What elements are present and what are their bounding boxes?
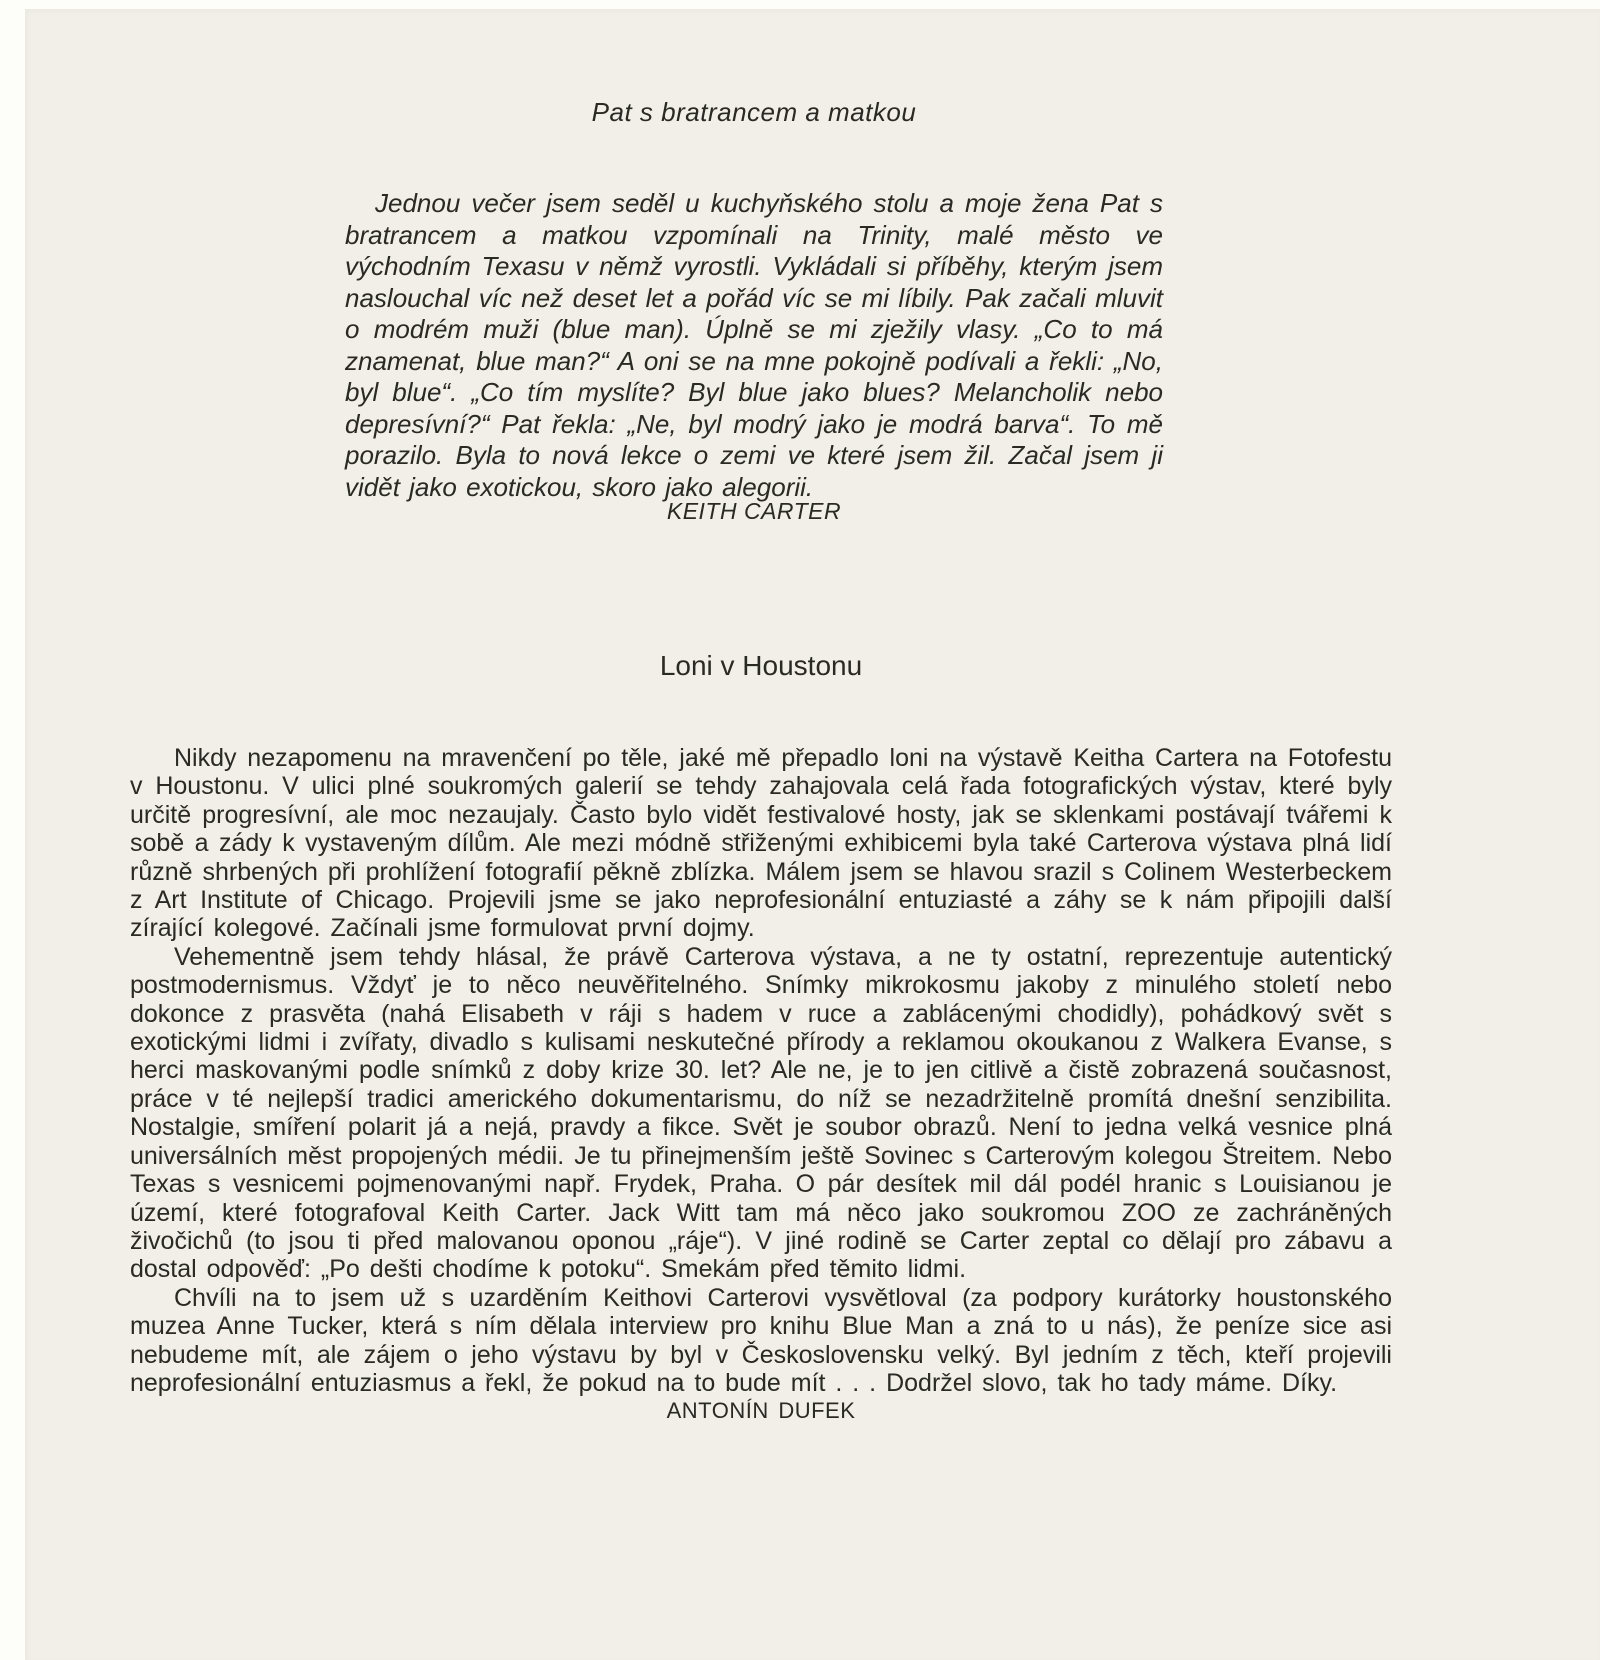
scanned-page: Pat s bratrancem a matkou Jednou večer j… — [0, 0, 1600, 1660]
body-text-block: Nikdy nezapomenu na mravenčení po těle, … — [130, 744, 1392, 1426]
pull-quote-text: Jednou večer jsem seděl u kuchyňského st… — [345, 188, 1163, 503]
body-paragraph-2: Vehementně jsem tehdy hlásal, že právě C… — [130, 943, 1392, 1284]
section-heading: Loni v Houstonu — [130, 650, 1392, 682]
body-paragraph-3: Chvíli na to jsem už s uzarděním Keithov… — [130, 1284, 1392, 1398]
author-attribution: ANTONÍN DUFEK — [130, 1397, 1392, 1425]
body-paragraph-1: Nikdy nezapomenu na mravenčení po těle, … — [130, 744, 1392, 943]
page-title: Pat s bratrancem a matkou — [345, 97, 1163, 128]
quote-attribution: KEITH CARTER — [345, 498, 1163, 525]
